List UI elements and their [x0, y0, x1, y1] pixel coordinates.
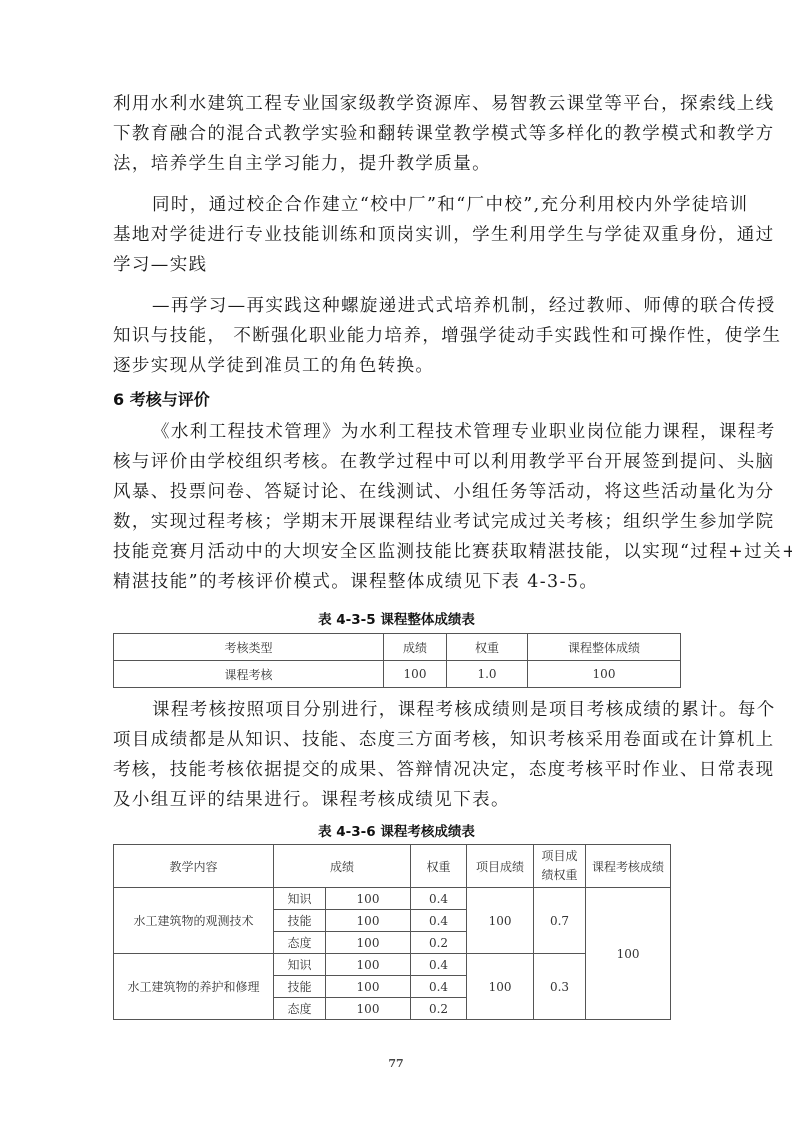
table-cell: 1.0	[447, 661, 528, 688]
text-line: 利用水利水建筑工程专业国家级教学资源库、易智教云课堂等平台，探索线上线	[113, 89, 680, 119]
header-cell: 项目成 绩权重	[534, 845, 586, 888]
course-assessment-table: 教学内容 成绩 权重 项目成绩 项目成 绩权重 课程考核成绩 水工建筑物的观测技…	[113, 844, 671, 1020]
paragraph-online-teaching: 利用水利水建筑工程专业国家级教学资源库、易智教云课堂等平台，探索线上线 下教育融…	[113, 89, 680, 179]
text-line: 基地对学徒进行专业技能训练和顶岗实训，学生利用学生与学徒双重身份，通过	[113, 220, 680, 250]
aspect-cell: 知识	[274, 888, 326, 910]
score-cell: 100	[326, 910, 411, 932]
paragraph-assessment-intro: 《水利工程技术管理》为水利工程技术管理专业职业岗位能力课程，课程考 核与评价由学…	[113, 417, 680, 597]
text-line: 课程考核按照项目分别进行，课程考核成绩则是项目考核成绩的累计。每个	[113, 695, 680, 725]
text-line: 考核，技能考核依据提交的成果、答辩情况决定，态度考核平时作业、日常表现	[113, 755, 680, 785]
score-cell: 100	[326, 888, 411, 910]
text-line: 项目成绩都是从知识、技能、态度三方面考核，知识考核采用卷面或在计算机上	[113, 725, 680, 755]
text-line: 风暴、投票问卷、答疑讨论、在线测试、小组任务等活动，将这些活动量化为分	[113, 477, 680, 507]
text-line: 逐步实现从学徒到准员工的角色转换。	[113, 351, 680, 381]
text-line: 知识与技能， 不断强化职业能力培养，增强学徒动手实践性和可操作性，使学生	[113, 321, 680, 351]
header-cell: 教学内容	[114, 845, 274, 888]
header-cell: 权重	[447, 634, 528, 661]
score-cell: 100	[326, 976, 411, 998]
text-line: 技能竞赛月活动中的大坝安全区监测技能比赛获取精湛技能，以实现“过程+过关+	[113, 537, 680, 567]
header-cell: 成绩	[274, 845, 411, 888]
aspect-cell: 态度	[274, 932, 326, 954]
text-line: —再学习—再实践这种螺旋递进式式培养机制，经过教师、师傅的联合传授	[113, 291, 680, 321]
table-row: 水工建筑物的观测技术 知识 100 0.4 100 0.7 100	[114, 888, 671, 910]
text-line: 下教育融合的混合式教学实验和翻转课堂教学模式等多样化的教学模式和教学方	[113, 119, 680, 149]
page-number: 77	[0, 1057, 792, 1070]
weight-cell: 0.4	[411, 954, 467, 976]
table-row: 课程考核 100 1.0 100	[114, 661, 681, 688]
project-weight-cell: 0.3	[534, 954, 586, 1020]
aspect-cell: 技能	[274, 910, 326, 932]
text-line: 同时，通过校企合作建立“校中厂”和“厂中校”,充分利用校内外学徒培训	[113, 190, 680, 220]
score-cell: 100	[326, 954, 411, 976]
weight-cell: 0.2	[411, 932, 467, 954]
table-cell: 100	[384, 661, 447, 688]
project-name-cell: 水工建筑物的观测技术	[114, 888, 274, 954]
section-heading: 6 考核与评价	[113, 388, 210, 412]
table-header-row: 教学内容 成绩 权重 项目成绩 项目成 绩权重 课程考核成绩	[114, 845, 671, 888]
project-score-cell: 100	[467, 954, 534, 1020]
text-line: 核与评价由学校组织考核。在教学过程中可以利用教学平台开展签到提问、头脑	[113, 447, 680, 477]
overall-score-table: 考核类型 成绩 权重 课程整体成绩 课程考核 100 1.0 100	[113, 633, 681, 688]
header-cell: 权重	[411, 845, 467, 888]
header-cell: 项目成绩	[467, 845, 534, 888]
table-caption: 表 4-3-6 课程考核成绩表	[113, 823, 680, 841]
text-line: 精湛技能”的考核评价模式。课程整体成绩见下表 4-3-5。	[113, 567, 680, 597]
weight-cell: 0.4	[411, 910, 467, 932]
project-score-cell: 100	[467, 888, 534, 954]
weight-cell: 0.4	[411, 976, 467, 998]
aspect-cell: 知识	[274, 954, 326, 976]
weight-cell: 0.4	[411, 888, 467, 910]
table-cell: 100	[528, 661, 681, 688]
header-line: 项目成	[542, 849, 578, 863]
header-cell: 课程考核成绩	[586, 845, 671, 888]
header-cell: 课程整体成绩	[528, 634, 681, 661]
text-line: 及小组互评的结果进行。课程考核成绩见下表。	[113, 785, 680, 815]
aspect-cell: 态度	[274, 998, 326, 1020]
text-line: 法，培养学生自主学习能力，提升教学质量。	[113, 149, 680, 179]
text-line: 学习—实践	[113, 250, 680, 280]
course-score-cell: 100	[586, 888, 671, 1020]
project-weight-cell: 0.7	[534, 888, 586, 954]
text-line: 数，实现过程考核；学期末开展课程结业考试完成过关考核；组织学生参加学院	[113, 507, 680, 537]
table-cell: 课程考核	[114, 661, 384, 688]
paragraph-spiral-training: —再学习—再实践这种螺旋递进式式培养机制，经过教师、师傅的联合传授 知识与技能，…	[113, 291, 680, 381]
score-cell: 100	[326, 932, 411, 954]
paragraph-school-enterprise: 同时，通过校企合作建立“校中厂”和“厂中校”,充分利用校内外学徒培训 基地对学徒…	[113, 190, 680, 280]
text-line: 《水利工程技术管理》为水利工程技术管理专业职业岗位能力课程，课程考	[113, 417, 680, 447]
document-page: 利用水利水建筑工程专业国家级教学资源库、易智教云课堂等平台，探索线上线 下教育融…	[0, 0, 792, 1122]
header-line: 绩权重	[542, 868, 578, 882]
project-name-cell: 水工建筑物的养护和修理	[114, 954, 274, 1020]
score-cell: 100	[326, 998, 411, 1020]
table-caption: 表 4-3-5 课程整体成绩表	[113, 611, 680, 629]
header-cell: 考核类型	[114, 634, 384, 661]
paragraph-project-assessment: 课程考核按照项目分别进行，课程考核成绩则是项目考核成绩的累计。每个 项目成绩都是…	[113, 695, 680, 815]
header-cell: 成绩	[384, 634, 447, 661]
aspect-cell: 技能	[274, 976, 326, 998]
weight-cell: 0.2	[411, 998, 467, 1020]
table-header-row: 考核类型 成绩 权重 课程整体成绩	[114, 634, 681, 661]
